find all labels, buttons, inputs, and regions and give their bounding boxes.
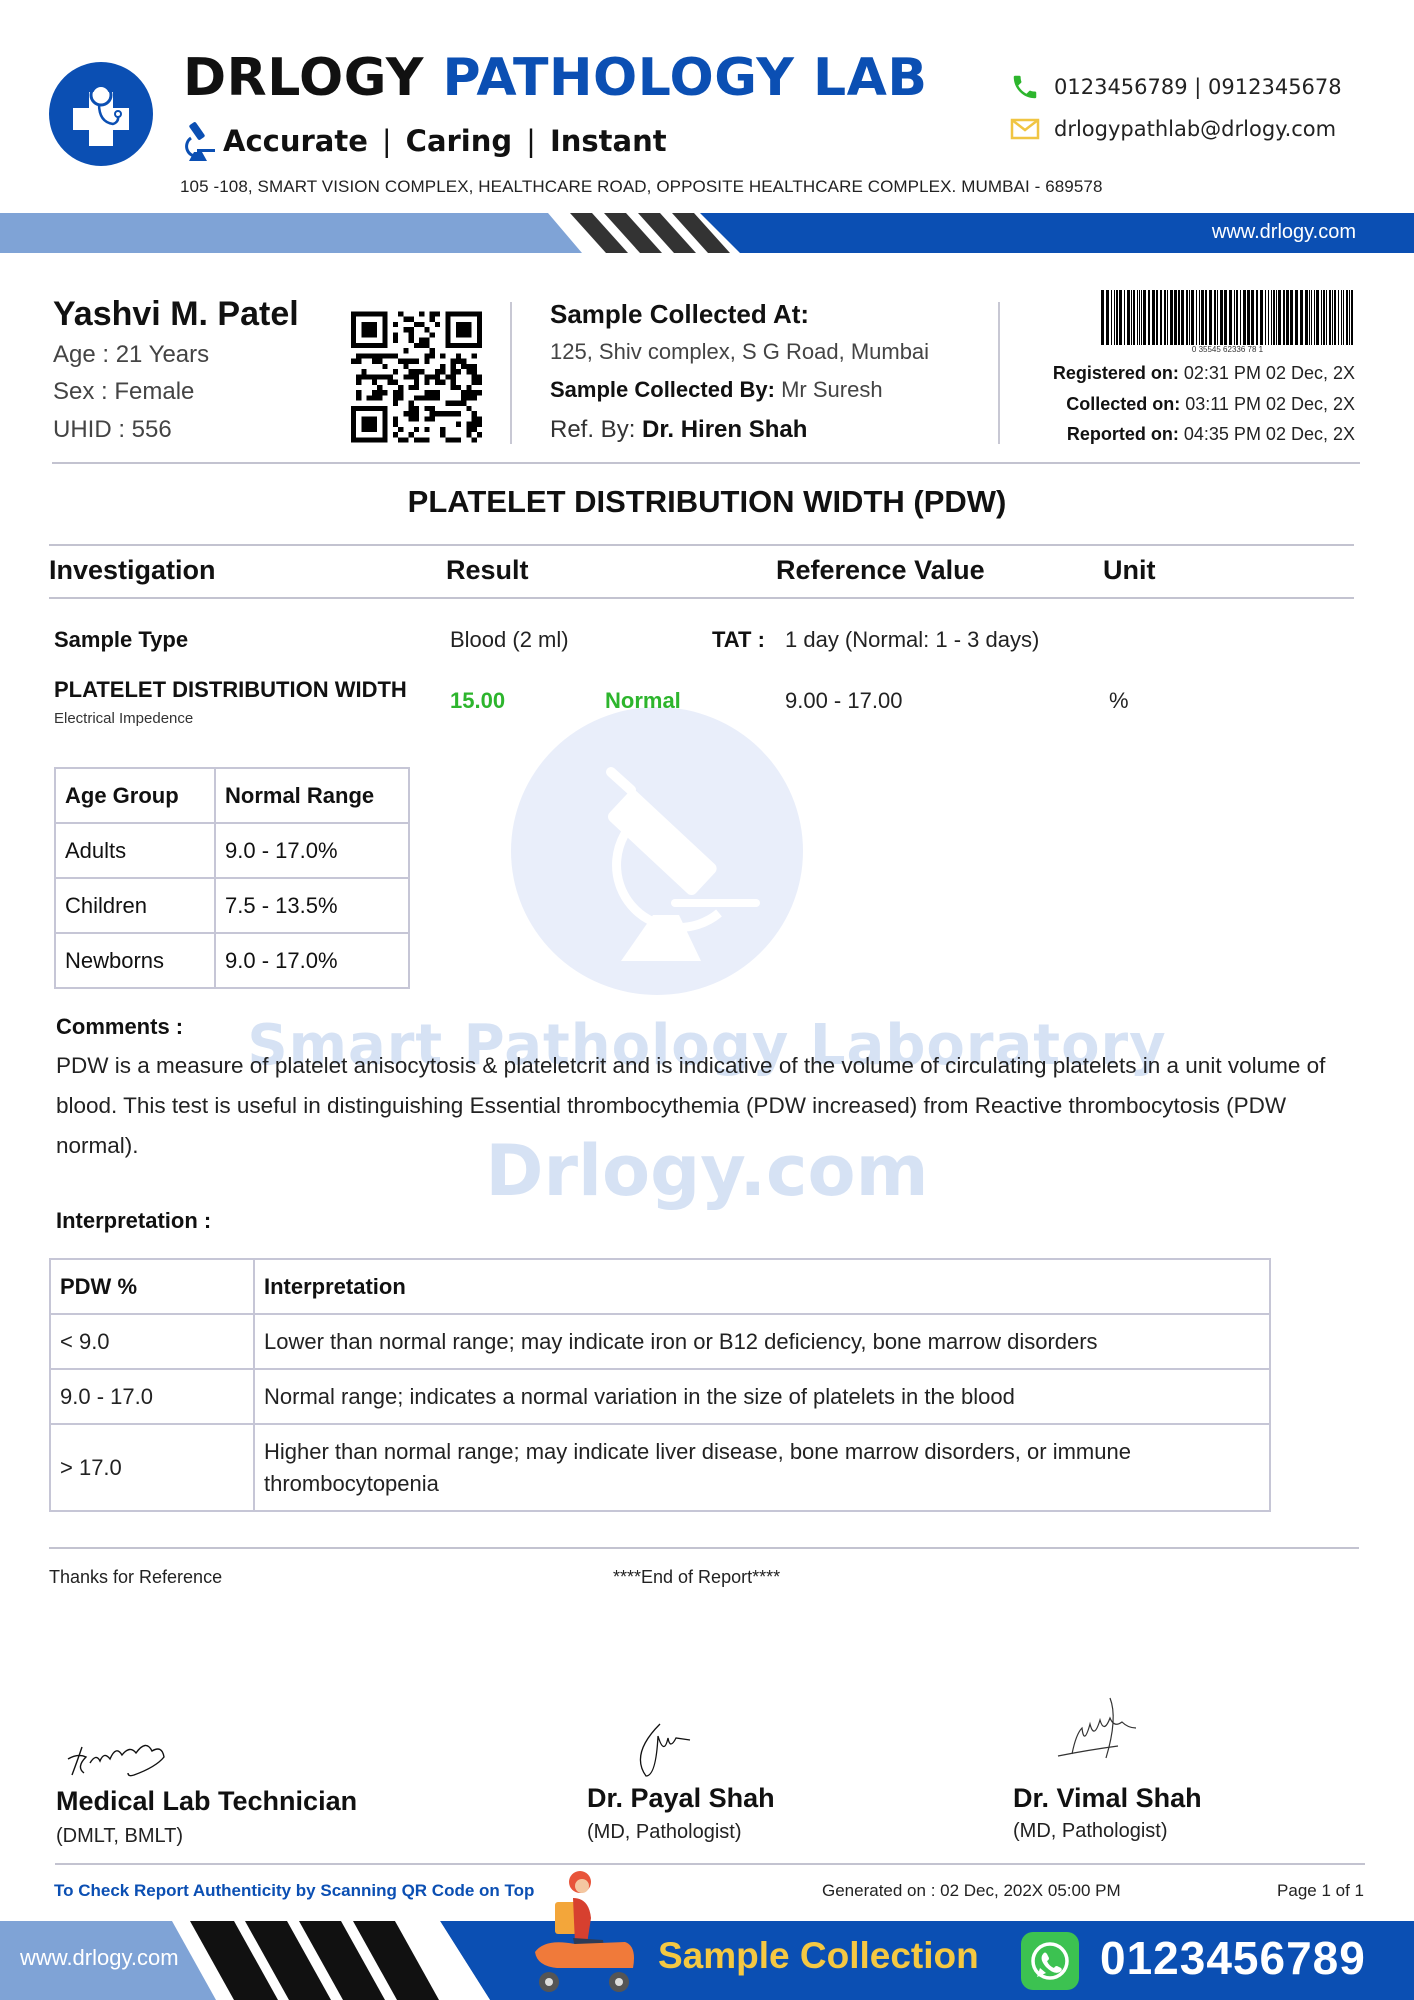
- collected-by-value: Mr Suresh: [781, 377, 882, 402]
- referred-by: Ref. By: Dr. Hiren Shah: [550, 416, 807, 444]
- contact-phone: 0123456789 | 0912345678: [1010, 72, 1342, 102]
- authenticity-note: To Check Report Authenticity by Scanning…: [54, 1881, 534, 1901]
- tagline-caring: Caring: [406, 124, 513, 158]
- signature-icon: [1050, 1696, 1160, 1776]
- column-investigation: Investigation: [49, 555, 216, 586]
- comments-heading: Comments :: [56, 1014, 183, 1040]
- table-row: < 9.0 Lower than normal range; may indic…: [50, 1314, 1270, 1369]
- patient-uhid: UHID : 556: [53, 416, 172, 444]
- email-icon: [1010, 117, 1040, 141]
- test-result: 15.00: [450, 688, 505, 714]
- ref-by-value: Dr. Hiren Shah: [642, 416, 807, 443]
- test-method: Electrical Impedence: [54, 710, 193, 727]
- column-result: Result: [446, 555, 529, 586]
- microscope-watermark-icon: [511, 707, 803, 995]
- test-title: PLATELET DISTRIBUTION WIDTH (PDW): [0, 484, 1414, 520]
- interpretation-heading: Interpretation :: [56, 1208, 211, 1234]
- patient-name: Yashvi M. Patel: [53, 295, 299, 334]
- column-unit: Unit: [1103, 555, 1155, 586]
- interpretation-table: PDW % Interpretation < 9.0 Lower than no…: [49, 1258, 1271, 1512]
- tat-label: TAT :: [712, 627, 765, 653]
- divider: [998, 302, 1000, 444]
- sample-collected-by: Sample Collected By: Mr Suresh: [550, 377, 883, 403]
- signatory-degree: (MD, Pathologist): [587, 1821, 742, 1844]
- tagline-separator: |: [382, 124, 392, 158]
- signatory-name: Dr. Vimal Shah: [1013, 1783, 1202, 1814]
- sample-collection-address: 125, Shiv complex, S G Road, Mumbai: [550, 339, 929, 365]
- ref-by-label: Ref. By:: [550, 416, 635, 443]
- whatsapp-phone[interactable]: 0123456789: [1100, 1931, 1366, 1985]
- table-header-row: Age Group Normal Range: [55, 768, 409, 823]
- signatory-name: Medical Lab Technician: [56, 1786, 357, 1817]
- qr-code[interactable]: [351, 311, 482, 443]
- divider: [55, 1863, 1365, 1865]
- signatory-degree: (MD, Pathologist): [1013, 1820, 1168, 1843]
- lab-logo-icon: [49, 62, 153, 166]
- email-address[interactable]: drlogypathlab@drlogy.com: [1054, 117, 1336, 141]
- delivery-rider-icon: [515, 1868, 640, 1998]
- divider: [49, 544, 1354, 546]
- divider: [49, 1547, 1359, 1549]
- report-dates: Registered on: 02:31 PM 02 Dec, 2X Colle…: [1053, 358, 1355, 450]
- age-range-table: Age Group Normal Range Adults 9.0 - 17.0…: [54, 767, 410, 989]
- reported-on: Reported on: 04:35 PM 02 Dec, 2X: [1053, 419, 1355, 450]
- table-row: Newborns 9.0 - 17.0%: [55, 933, 409, 988]
- barcode: [1101, 290, 1354, 345]
- barcode-number: 0 35545 62336 78 1: [1101, 345, 1354, 354]
- divider: [52, 462, 1360, 464]
- tagline-instant: Instant: [550, 124, 667, 158]
- divider: [49, 597, 1354, 599]
- signature-icon: [64, 1735, 189, 1780]
- column-reference-value: Reference Value: [776, 555, 985, 586]
- whatsapp-icon: [1021, 1932, 1079, 1990]
- patient-sex: Sex : Female: [53, 378, 194, 406]
- tat-value: 1 day (Normal: 1 - 3 days): [785, 627, 1039, 653]
- tagline-accurate: Accurate: [223, 124, 368, 158]
- table-header-row: PDW % Interpretation: [50, 1259, 1270, 1314]
- contact-email: drlogypathlab@drlogy.com: [1010, 117, 1336, 141]
- microscope-icon: [183, 120, 217, 162]
- header-band: [0, 213, 1414, 253]
- lab-name: DRLOGY PATHOLOGY LAB: [183, 52, 928, 104]
- lab-address: 105 -108, SMART VISION COMPLEX, HEALTHCA…: [180, 177, 1103, 197]
- tagline-separator: |: [526, 124, 536, 158]
- generated-on: Generated on : 02 Dec, 202X 05:00 PM: [822, 1881, 1121, 1901]
- divider: [510, 302, 512, 444]
- page-number: Page 1 of 1: [1277, 1881, 1364, 1901]
- table-row: > 17.0 Higher than normal range; may ind…: [50, 1424, 1270, 1511]
- reference-range: 9.00 - 17.00: [785, 688, 902, 714]
- footer-website[interactable]: www.drlogy.com: [20, 1945, 179, 1971]
- lab-name-part2: PATHOLOGY LAB: [443, 48, 928, 108]
- table-row: 9.0 - 17.0 Normal range; indicates a nor…: [50, 1369, 1270, 1424]
- phone-icon: [1010, 72, 1040, 102]
- signature-icon: [620, 1720, 715, 1780]
- sample-type-label: Sample Type: [54, 627, 188, 653]
- result-flag: Normal: [605, 688, 681, 714]
- phone-numbers[interactable]: 0123456789 | 0912345678: [1054, 75, 1342, 99]
- registered-on: Registered on: 02:31 PM 02 Dec, 2X: [1053, 358, 1355, 389]
- end-of-report: ****End of Report****: [613, 1567, 780, 1588]
- tagline: Accurate | Caring | Instant: [183, 120, 667, 162]
- patient-age: Age : 21 Years: [53, 341, 209, 369]
- sample-collected-at-title: Sample Collected At:: [550, 299, 809, 330]
- collected-by-label: Sample Collected By:: [550, 377, 775, 402]
- sample-collection-label: Sample Collection: [658, 1935, 979, 1977]
- collected-on: Collected on: 03:11 PM 02 Dec, 2X: [1053, 389, 1355, 420]
- comments-text: PDW is a measure of platelet anisocytosi…: [56, 1046, 1356, 1166]
- header-age-group: Age Group: [55, 768, 215, 823]
- signatory-degree: (DMLT, BMLT): [56, 1825, 183, 1848]
- test-unit: %: [1109, 688, 1129, 714]
- lab-name-part1: DRLOGY: [183, 48, 424, 108]
- signatory-name: Dr. Payal Shah: [587, 1783, 775, 1814]
- thanks-text: Thanks for Reference: [49, 1567, 222, 1588]
- header-website[interactable]: www.drlogy.com: [1212, 221, 1356, 244]
- sample-type-value: Blood (2 ml): [450, 627, 569, 653]
- table-row: Children 7.5 - 13.5%: [55, 878, 409, 933]
- table-row: Adults 9.0 - 17.0%: [55, 823, 409, 878]
- header-normal-range: Normal Range: [215, 768, 409, 823]
- test-name: PLATELET DISTRIBUTION WIDTH: [54, 677, 407, 703]
